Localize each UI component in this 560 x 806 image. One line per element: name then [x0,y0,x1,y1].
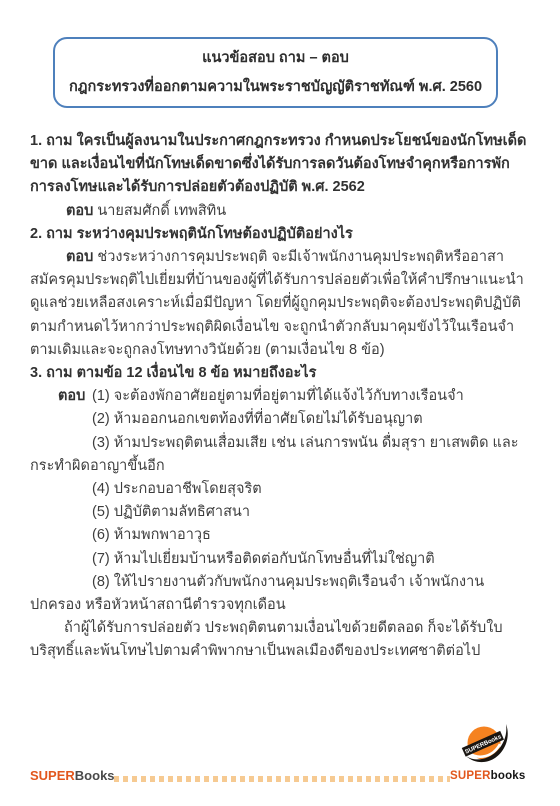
footer-brand-right: SUPERbooks [450,770,524,782]
answer-3-item-4: (4) ประกอบอาชีพโดยสุจริต [30,478,528,501]
answer-2-label: ตอบ [66,249,93,265]
footer-brand-left-super: SUPER [30,768,75,783]
footer-brand-right-books: books [491,770,526,782]
question-1: 1. ถาม ใครเป็นผู้ลงนามในประกาศกฎกระทรวง … [30,130,528,200]
footer-brand-left: SUPERBooks [30,768,115,783]
answer-3-label: ตอบ [58,385,92,408]
question-3: 3. ถาม ตามข้อ 12 เงื่อนไข 8 ข้อ หมายถึงอ… [30,362,528,385]
doc-title-line2: กฎกระทรวงที่ออกตามความในพระราชบัญญัติราช… [55,73,496,102]
doc-title-line1: แนวข้อสอบ ถาม – ตอบ [55,44,496,73]
question-2: 2. ถาม ระหว่างคุมประพฤตินักโทษต้องปฏิบัต… [30,223,528,246]
answer-1-text: นายสมศักดิ์ เทพสิทิน [97,203,226,219]
title-box: แนวข้อสอบ ถาม – ตอบ กฎกระทรวงที่ออกตามคว… [53,37,498,108]
answer-3-item-3: (3) ห้ามประพฤติตนเสื่อมเสีย เช่น เล่นการ… [30,432,528,478]
answer-1-label: ตอบ [66,203,93,219]
answer-3-item-2: (2) ห้ามออกนอกเขตท้องที่ที่อาศัยโดยไม่ได… [30,408,528,431]
answer-2: ตอบ ช่วงระหว่างการคุมประพฤติ จะมีเจ้าพนั… [30,246,528,362]
answer-3-item-6: (6) ห้ามพกพาอาวุธ [30,524,528,547]
answer-3-item-8: (8) ให้ไปรายงานตัวกับพนักงานคุมประพฤติเร… [30,571,528,617]
answer-2-text: ช่วงระหว่างการคุมประพฤติ จะมีเจ้าพนักงาน… [30,249,524,358]
footer-logo-block: SUPERBooks SUPERbooks [450,720,524,782]
document-page: แนวข้อสอบ ถาม – ตอบ กฎกระทรวงที่ออกตามคว… [0,0,560,806]
answer-3-closing: ถ้าผู้ได้รับการปล่อยตัว ประพฤติตนตามเงื่… [30,617,528,663]
answer-3-item-1: ตอบ(1) จะต้องพักอาศัยอยู่ตามที่อยู่ตามที… [30,385,528,408]
footer-brand-left-books: Books [75,768,115,783]
answer-1: ตอบ นายสมศักดิ์ เทพสิทิน [30,200,528,223]
footer-dashed-divider [114,776,450,782]
document-body: 1. ถาม ใครเป็นผู้ลงนามในประกาศกฎกระทรวง … [30,130,528,664]
answer-3-item-7: (7) ห้ามไปเยี่ยมบ้านหรือติดต่อกับนักโทษอ… [30,548,528,571]
footer-brand-right-super: SUPER [450,770,491,782]
answer-3-item-1-text: (1) จะต้องพักอาศัยอยู่ตามที่อยู่ตามที่ได… [92,388,464,404]
answer-3-item-5: (5) ปฏิบัติตามลัทธิศาสนา [30,501,528,524]
superbooks-logo-icon: SUPERBooks [461,720,513,772]
